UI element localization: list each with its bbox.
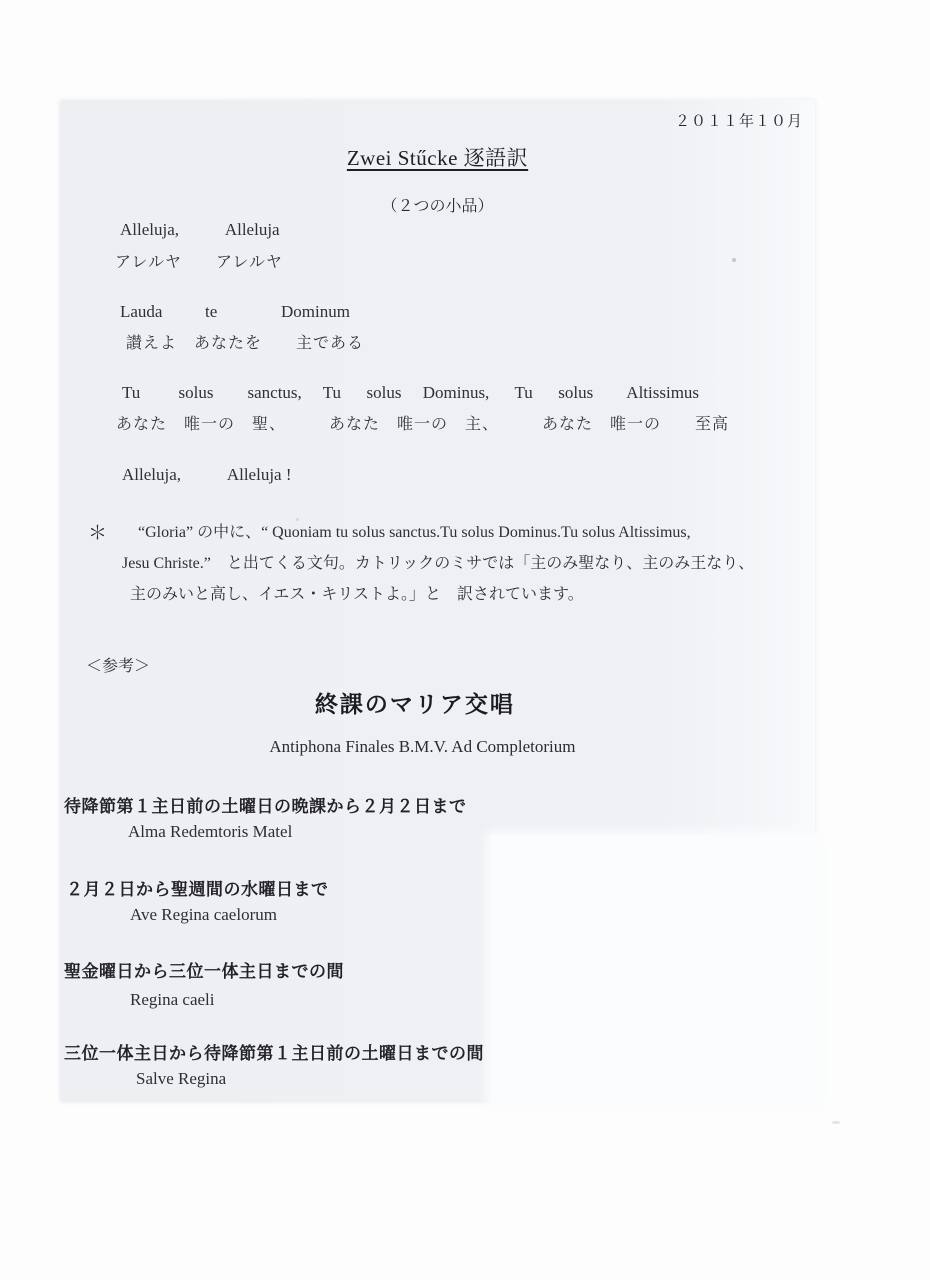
verse-1-latin: Alleluja, Alleluja: [120, 220, 280, 240]
footnote-asterisk: ＊: [88, 518, 107, 545]
footnote-line-3: 主のみいと高し、イエス・キリストよ。」と 訳されています。: [130, 581, 584, 604]
reference-item-3-title: Regina caeli: [130, 990, 215, 1010]
document-subtitle: （２つの小品）: [60, 193, 815, 216]
scan-speck: [296, 518, 299, 521]
verse-2-japanese: 讃えよ あなたを 主である: [126, 330, 364, 353]
reference-item-4-period: 三位一体主日から待降節第１主日前の土曜日までの間: [64, 1039, 484, 1064]
reference-item-1-period: 待降節第１主日前の土曜日の晩課から２月２日まで: [64, 792, 467, 817]
reference-item-3-period: 聖金曜日から三位一体主日までの間: [64, 957, 344, 982]
reference-item-2-title: Ave Regina caelorum: [130, 905, 277, 925]
verse-4-latin: Alleluja, Alleluja !: [122, 465, 292, 485]
scan-exposure-patch: [490, 835, 820, 1105]
scan-page: ２０１１年１０月 Zwei Stűcke 逐語訳 （２つの小品） Alleluj…: [60, 100, 815, 1102]
footnote-line-1: “Gloria” の中に、“ Quoniam tu solus sanctus.…: [138, 519, 691, 542]
reference-label: ＜参考＞: [86, 653, 150, 676]
scan-speck: [832, 1121, 840, 1124]
scan-speck: [732, 258, 736, 262]
verse-1-japanese: アレルヤ アレルヤ: [115, 249, 283, 272]
reference-item-1-title: Alma Redemtoris Matel: [128, 822, 292, 842]
reference-heading: 終課のマリア交唱: [60, 686, 770, 719]
reference-subheading: Antiphona Finales B.M.V. Ad Completorium: [60, 737, 785, 757]
footnote-line-2: Jesu Christe.” と出てくる文句。カトリックのミサでは「主のみ聖なり…: [122, 550, 754, 573]
verse-3-japanese: あなた 唯一の 聖、 あなた 唯一の 主、 あなた 唯一の 至高: [116, 411, 729, 434]
verse-2-latin: Lauda te Dominum: [120, 302, 350, 322]
verse-3-latin: Tu solus sanctus, Tu solus Dominus, Tu s…: [122, 383, 699, 403]
reference-item-4-title: Salve Regina: [136, 1069, 226, 1089]
document-date: ２０１１年１０月: [675, 110, 803, 131]
reference-item-2-period: ２月２日から聖週間の水曜日まで: [66, 875, 329, 900]
scanned-document-canvas: ２０１１年１０月 Zwei Stűcke 逐語訳 （２つの小品） Alleluj…: [0, 0, 930, 1280]
document-title: Zwei Stűcke 逐語訳: [60, 142, 815, 172]
